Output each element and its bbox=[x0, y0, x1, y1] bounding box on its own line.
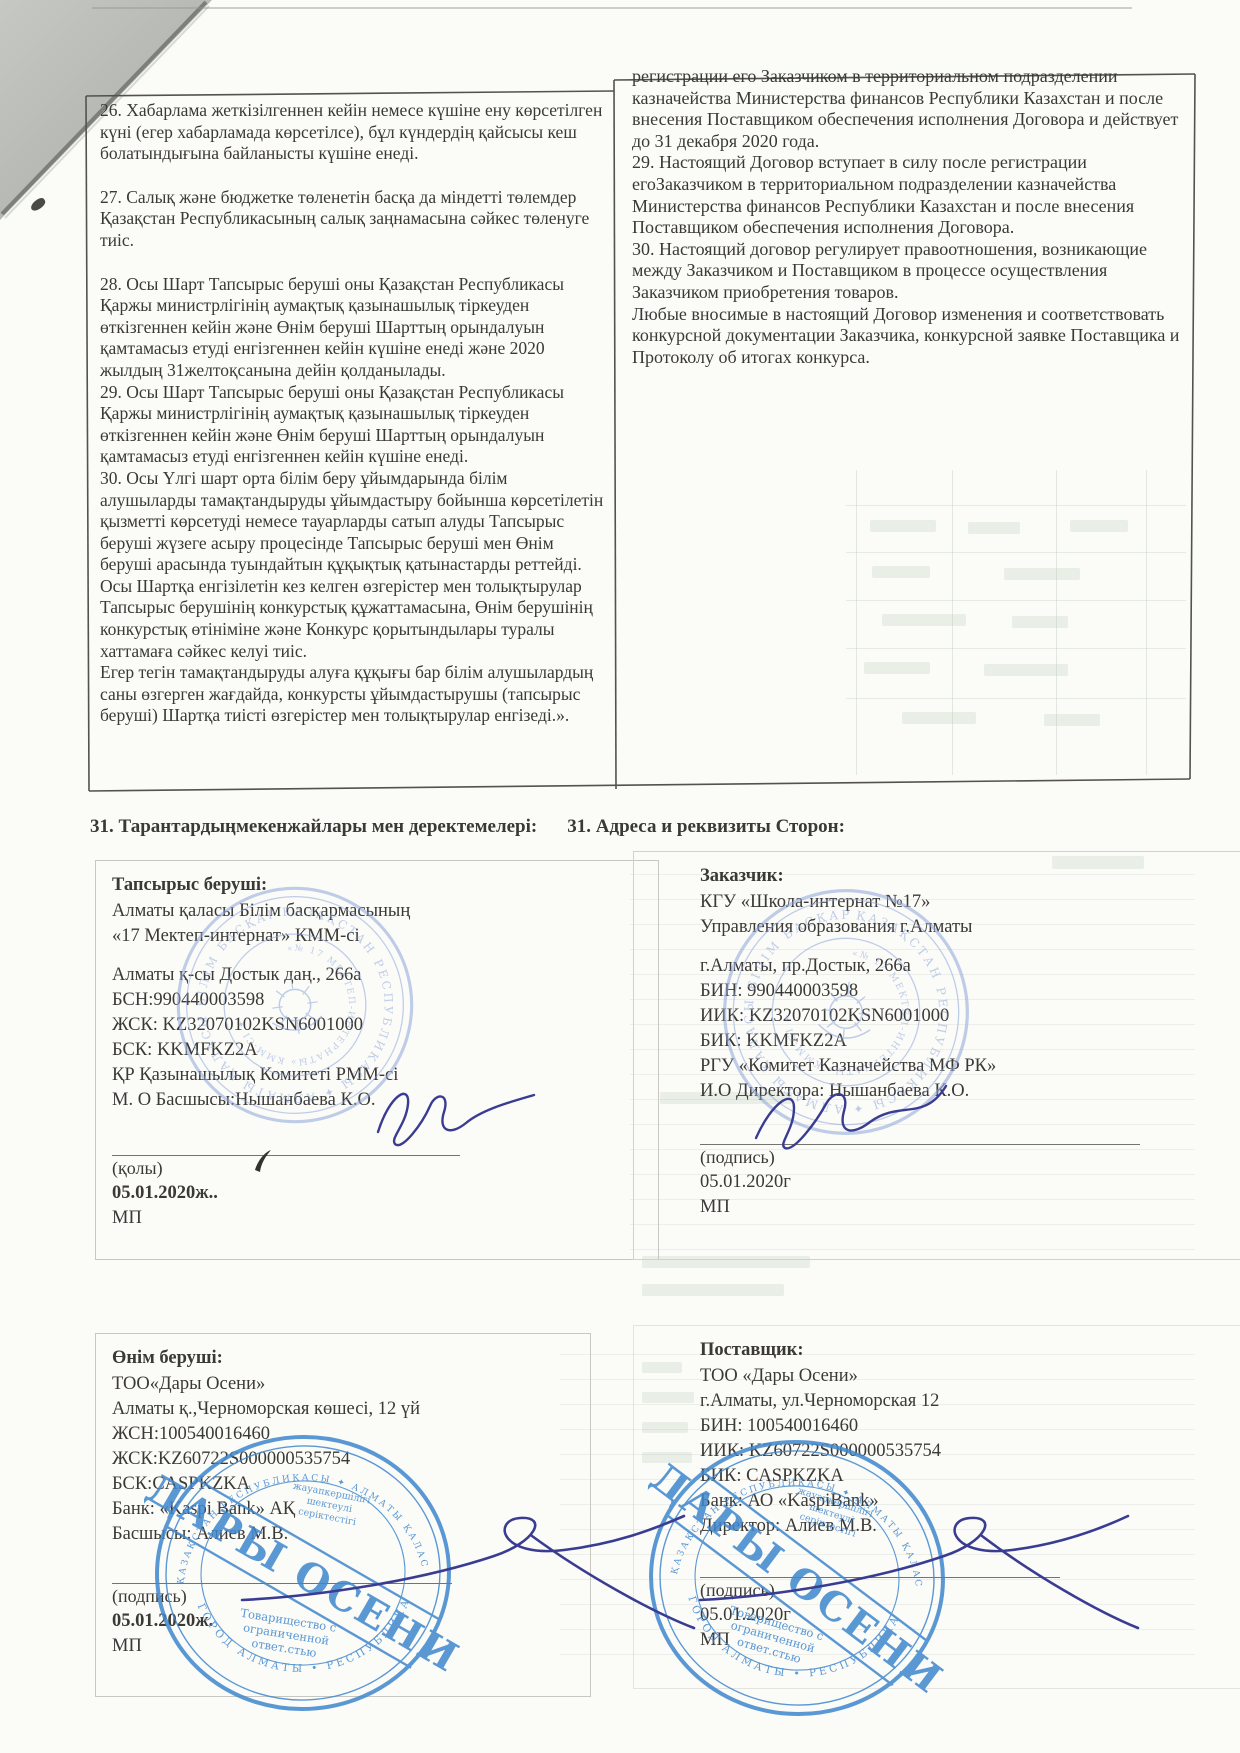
bleedthrough-text bbox=[864, 662, 930, 674]
customer-box-ru: Заказчик: КГУ «Школа-интернат №17»Управл… bbox=[633, 851, 1240, 1260]
bleedthrough-text bbox=[1070, 520, 1128, 532]
detail-line: БИК: KKMFKZ2A bbox=[700, 1029, 1240, 1054]
customer-box-kz: Тапсырыс беруші: Алматы қаласы Білім бас… bbox=[95, 860, 659, 1260]
detail-line: ЖСК:KZ60722S000000535754 bbox=[112, 1447, 580, 1472]
detail-line: Банк: «Kaspi Bank» АҚ bbox=[112, 1497, 580, 1522]
detail-line: РГУ «Комитет Казначейства МФ РК» bbox=[700, 1054, 1240, 1079]
detail-line: ТОО«Дары Осени» bbox=[112, 1372, 580, 1397]
clause-paragraph: 30. Осы Үлгі шарт орта білім беру ұйымда… bbox=[100, 468, 605, 576]
detail-line: г.Алматы, пр.Достык, 266а bbox=[700, 954, 1240, 979]
bleedthrough-text bbox=[872, 566, 930, 578]
signature-date: 05.01.2020г bbox=[700, 1170, 1240, 1195]
party-title: Заказчик: bbox=[700, 864, 1240, 889]
detail-line: Директор: Алиев М.В. bbox=[700, 1514, 1240, 1539]
party-organization: КГУ «Школа-интернат №17»Управления образ… bbox=[700, 890, 1240, 940]
party-details: ТОО«Дары Осени»Алматы қ.,Черноморская кө… bbox=[112, 1372, 580, 1547]
bleedthrough-line bbox=[846, 552, 1186, 553]
clause-paragraph: 29. Осы Шарт Тапсырыс беруші оны Қазақст… bbox=[100, 382, 605, 468]
detail-line: БИН: 990440003598 bbox=[700, 979, 1240, 1004]
org-line: Управления образования г.Алматы bbox=[700, 915, 1240, 940]
party-details: г.Алматы, пр.Достык, 266аБИН: 9904400035… bbox=[700, 954, 1240, 1104]
seal-mark: МП bbox=[700, 1195, 1240, 1220]
signature-date: 05.01.2020ж. bbox=[112, 1609, 580, 1634]
org-line: «17 Мектеп-интернат» КММ-сі bbox=[112, 924, 644, 949]
party-details: Алматы қ-сы Достык даң., 266аБСН:9904400… bbox=[112, 963, 644, 1113]
bleedthrough-text bbox=[882, 614, 966, 626]
section-31-heading: 31. Тарантардыңмекенжайлары мен деректем… bbox=[90, 816, 845, 838]
bleedthrough-text bbox=[1004, 568, 1080, 580]
bleedthrough-text bbox=[870, 520, 936, 532]
detail-line: Алматы қ-сы Достык даң., 266а bbox=[112, 963, 644, 988]
clause-paragraph: 27. Салық және бюджетке төленетін басқа … bbox=[100, 187, 605, 252]
org-line: КГУ «Школа-интернат №17» bbox=[700, 890, 1240, 915]
section-31-heading-kz: 31. Тарантардыңмекенжайлары мен деректем… bbox=[90, 816, 537, 838]
bleedthrough-text bbox=[984, 664, 1068, 676]
detail-line: ИИК: KZ60722S000000535754 bbox=[700, 1439, 1240, 1464]
bleedthrough-line bbox=[846, 600, 1186, 601]
bleedthrough-text bbox=[902, 712, 976, 724]
detail-line: ЖСК: KZ32070102KSN6001000 bbox=[112, 1013, 644, 1038]
bleedthrough-text bbox=[1044, 714, 1100, 726]
party-details: ТОО «Дары Осени»г.Алматы, ул.Черноморска… bbox=[700, 1364, 1240, 1539]
party-title: Тапсырыс беруші: bbox=[112, 873, 644, 898]
bleedthrough-line bbox=[846, 698, 1186, 699]
detail-line: ТОО «Дары Осени» bbox=[700, 1364, 1240, 1389]
detail-line: М. О Басшысы:Нышанбаева К.О. bbox=[112, 1088, 644, 1113]
supplier-box-ru: Поставщик: ТОО «Дары Осени»г.Алматы, ул.… bbox=[633, 1325, 1240, 1689]
seal-mark: МП bbox=[112, 1634, 580, 1659]
scanned-contract-page: 26. Хабарлама жеткізілгеннен кейін немес… bbox=[0, 0, 1240, 1753]
signature-label: (подпись) bbox=[700, 1578, 1240, 1603]
clause-paragraph: Егер тегін тамақтандыруды алуға құқығы б… bbox=[100, 662, 605, 727]
detail-line: Банк: АО «KaspiBank» bbox=[700, 1489, 1240, 1514]
seal-mark: МП bbox=[112, 1206, 644, 1231]
detail-line: ЖСН:100540016460 bbox=[112, 1422, 580, 1447]
detail-line: БСК: KKMFKZ2A bbox=[112, 1038, 644, 1063]
clause-paragraph: Осы Шартқа енгізілетін кез келген өзгері… bbox=[100, 576, 605, 662]
signature-label: (подпись) bbox=[112, 1584, 580, 1609]
section-31-heading-ru: 31. Адреса и реквизиты Сторон: bbox=[567, 816, 845, 838]
signature-label: (подпись) bbox=[700, 1145, 1240, 1170]
detail-line: ҚР Қазынашылық Комитеті РММ-сі bbox=[112, 1063, 644, 1088]
clauses-column-russian: регистрации его Заказчиком в территориал… bbox=[632, 66, 1180, 368]
clause-paragraph: 29. Настоящий Договор вступает в силу по… bbox=[632, 152, 1180, 238]
detail-line: Басшысы: Алиев М.В. bbox=[112, 1522, 580, 1547]
bleedthrough-line bbox=[846, 505, 1186, 506]
bleedthrough-line bbox=[856, 470, 857, 775]
clause-paragraph: регистрации его Заказчиком в территориал… bbox=[632, 66, 1180, 152]
party-organization: Алматы қаласы Білім басқармасының«17 Мек… bbox=[112, 899, 644, 949]
clause-paragraph: Любые вносимые в настоящий Договор измен… bbox=[632, 304, 1180, 369]
detail-line: И.О Директора: Нышанбаева К.О. bbox=[700, 1079, 1240, 1104]
clause-paragraph: 28. Осы Шарт Тапсырыс беруші оны Қазақст… bbox=[100, 274, 605, 382]
supplier-box-kz: Өнім беруші: ТОО«Дары Осени»Алматы қ.,Че… bbox=[95, 1333, 591, 1697]
detail-line: БИК: CASPKZKA bbox=[700, 1464, 1240, 1489]
detail-line: БСК:CASPKZKA bbox=[112, 1472, 580, 1497]
bleedthrough-text bbox=[1012, 616, 1068, 628]
clause-paragraph: 26. Хабарлама жеткізілгеннен кейін немес… bbox=[100, 100, 605, 165]
org-line: Алматы қаласы Білім басқармасының bbox=[112, 899, 644, 924]
signature-label: (қолы) bbox=[112, 1156, 644, 1181]
ink-flick bbox=[253, 1148, 273, 1174]
seal-mark: МП bbox=[700, 1628, 1240, 1653]
detail-line: БИН: 100540016460 bbox=[700, 1414, 1240, 1439]
detail-line: БСН:990440003598 bbox=[112, 988, 644, 1013]
party-title: Өнім беруші: bbox=[112, 1346, 580, 1371]
clauses-column-kazakh: 26. Хабарлама жеткізілгеннен кейін немес… bbox=[100, 100, 605, 727]
bleedthrough-line bbox=[846, 648, 1186, 649]
bleedthrough-text bbox=[642, 1284, 784, 1296]
detail-line: г.Алматы, ул.Черноморская 12 bbox=[700, 1389, 1240, 1414]
bleedthrough-line bbox=[1146, 470, 1147, 775]
clause-paragraph: 30. Настоящий договор регулирует правоот… bbox=[632, 239, 1180, 304]
detail-line: ИИК: KZ32070102KSN6001000 bbox=[700, 1004, 1240, 1029]
signature-date: 05.01.2020ж.. bbox=[112, 1181, 644, 1206]
bleedthrough-text bbox=[968, 522, 1020, 534]
detail-line: Алматы қ.,Черноморская көшесі, 12 үй bbox=[112, 1397, 580, 1422]
party-title: Поставщик: bbox=[700, 1338, 1240, 1363]
signature-date: 05.01.2020г bbox=[700, 1603, 1240, 1628]
